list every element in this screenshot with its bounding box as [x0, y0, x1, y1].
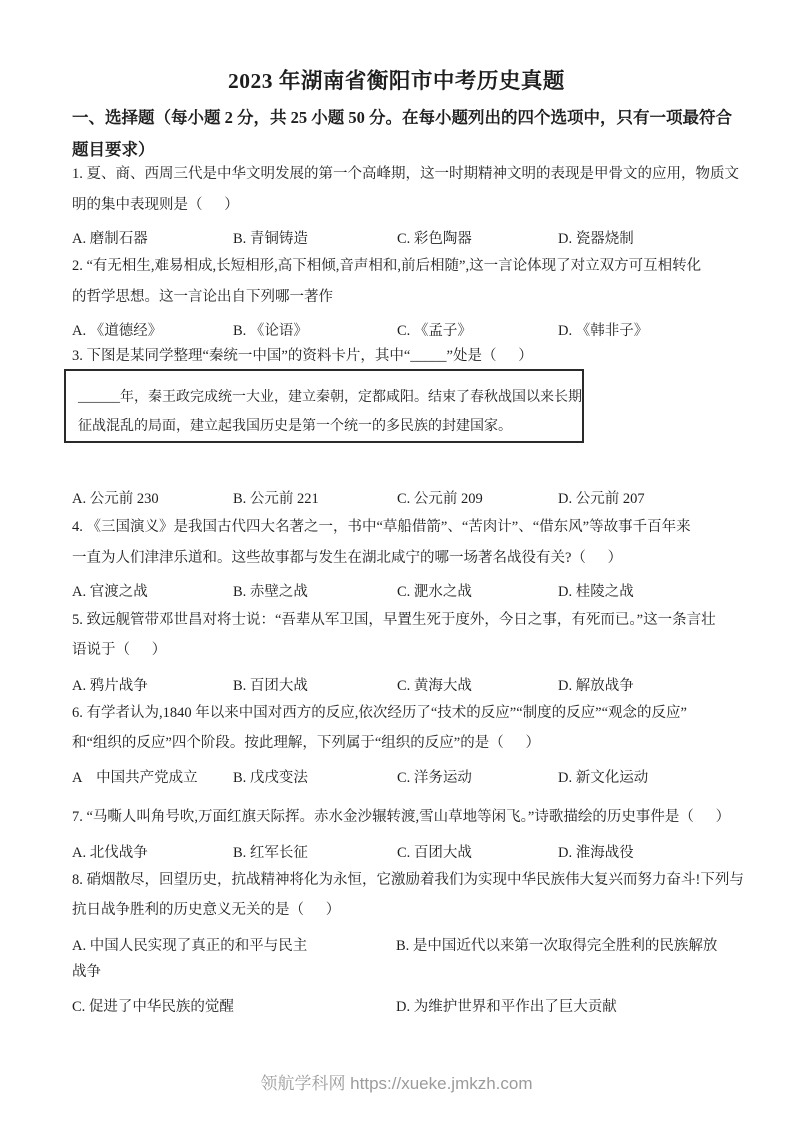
q8-text-line1: 8. 硝烟散尽，回望历史，抗战精神将化为永恒，它激励着我们为实现中华民族伟大复兴…	[72, 872, 744, 889]
q4-options-row: A. 官渡之战 B. 赤壁之战 C. 淝水之战 D. 桂陵之战	[72, 580, 732, 600]
q7-option-d: D. 淮海战役	[558, 841, 634, 862]
q6-option-d: D. 新文化运动	[558, 766, 648, 787]
q1-options-row: A. 磨制石器 B. 青铜铸造 C. 彩色陶器 D. 瓷器烧制	[72, 227, 732, 247]
q4-option-a: A. 官渡之战	[72, 580, 148, 601]
q7-text-line1: 7. “马嘶人叫角号吹,万面红旗天际挥。赤水金沙辗转渡,雪山草地等闲飞。”诗歌描…	[72, 809, 730, 826]
q2-text-line2: 的哲学思想。这一言论出自下列哪一著作	[72, 289, 333, 306]
q1-text-line1: 1. 夏、商、西周三代是中华文明发展的第一个高峰期，这一时期精神文明的表现是甲骨…	[72, 166, 739, 183]
q4-text-line1: 4. 《三国演义》是我国古代四大名著之一，书中“草船借箭”、“苦肉计”、“借东风…	[72, 519, 691, 536]
q6-option-a: A 中国共产党成立	[72, 766, 198, 787]
q3-option-c: C. 公元前 209	[397, 487, 483, 508]
q7-option-b: B. 红军长征	[233, 841, 308, 862]
page-title: 2023 年湖南省衡阳市中考历史真题	[0, 64, 793, 95]
q2-text-line1: 2. “有无相生,难易相成,长短相形,高下相倾,音声相和,前后相随”,这一言论体…	[72, 258, 701, 275]
q1-option-d: D. 瓷器烧制	[558, 227, 634, 248]
q8-option-b: B. 是中国近代以来第一次取得完全胜利的民族解放	[396, 934, 717, 955]
q7-option-a: A. 北伐战争	[72, 841, 148, 862]
q6-option-c: C. 洋务运动	[397, 766, 472, 787]
q5-text-line1: 5. 致远舰管带邓世昌对将士说：“吾辈从军卫国，早置生死于度外，今日之事，有死而…	[72, 612, 716, 629]
q1-option-a: A. 磨制石器	[72, 227, 148, 248]
q2-option-c: C. 《孟子》	[397, 319, 472, 340]
q8-options-row-ab: A. 中国人民实现了真正的和平与民主 B. 是中国近代以来第一次取得完全胜利的民…	[72, 934, 732, 954]
q3-text-line1: 3. 下图是某同学整理“秦统一中国”的资料卡片，其中“_____”处是（ ）	[72, 348, 533, 365]
q6-text-line2: 和“组织的反应”四个阶段。按此理解，下列属于“组织的反应”的是（ ）	[72, 735, 540, 752]
q5-option-c: C. 黄海大战	[397, 674, 472, 695]
q5-text-line2: 语说于（ ）	[72, 642, 166, 659]
q4-option-b: B. 赤壁之战	[233, 580, 308, 601]
q8-options-row-cd: C. 促进了中华民族的觉醒 D. 为维护世界和平作出了巨大贡献	[72, 995, 732, 1015]
q2-option-d: D. 《韩非子》	[558, 319, 648, 340]
q5-option-d: D. 解放战争	[558, 674, 634, 695]
q4-text-line2: 一直为人们津津乐道和。这些故事都与发生在湖北咸宁的哪一场著名战役有关?（ ）	[72, 550, 622, 567]
q8-option-c: C. 促进了中华民族的觉醒	[72, 995, 234, 1016]
exam-document-page: 2023 年湖南省衡阳市中考历史真题 一、选择题（每小题 2 分，共 25 小题…	[0, 0, 793, 1122]
q3-options-row: A. 公元前 230 B. 公元前 221 C. 公元前 209 D. 公元前 …	[72, 487, 732, 507]
q8-text-line2: 抗日战争胜利的历史意义无关的是（ ）	[72, 902, 340, 919]
q2-option-b: B. 《论语》	[233, 319, 308, 340]
section-heading-line1: 一、选择题（每小题 2 分，共 25 小题 50 分。在每小题列出的四个选项中，…	[72, 104, 732, 128]
q3-source-card: ______年，秦王政完成统一大业，建立秦朝，定都咸阳。结束了春秋战国以来长期 …	[64, 369, 584, 443]
q3-card-line2: 征战混乱的局面，建立起我国历史是第一个统一的多民族的封建国家。	[78, 412, 574, 441]
q7-option-c: C. 百团大战	[397, 841, 472, 862]
q2-options-row: A. 《道德经》 B. 《论语》 C. 《孟子》 D. 《韩非子》	[72, 319, 732, 339]
q4-option-c: C. 淝水之战	[397, 580, 472, 601]
q7-options-row: A. 北伐战争 B. 红军长征 C. 百团大战 D. 淮海战役	[72, 841, 732, 861]
q5-option-b: B. 百团大战	[233, 674, 308, 695]
q3-card-line1: ______年，秦王政完成统一大业，建立秦朝，定都咸阳。结束了春秋战国以来长期	[78, 383, 574, 412]
q2-option-a: A. 《道德经》	[72, 319, 162, 340]
q8-option-d: D. 为维护世界和平作出了巨大贡献	[396, 995, 617, 1016]
q6-options-row: A 中国共产党成立 B. 戊戌变法 C. 洋务运动 D. 新文化运动	[72, 766, 732, 786]
q1-text-line2: 明的集中表现则是（ ）	[72, 197, 239, 214]
q4-option-d: D. 桂陵之战	[558, 580, 634, 601]
q6-option-b: B. 戊戌变法	[233, 766, 308, 787]
q8-option-a: A. 中国人民实现了真正的和平与民主	[72, 934, 307, 955]
q3-option-b: B. 公元前 221	[233, 487, 319, 508]
watermark-footer: 领航学科网 https://xueke.jmkzh.com	[0, 1069, 793, 1094]
q8-option-b-wrap: 战争	[72, 964, 101, 981]
q6-text-line1: 6. 有学者认为,1840 年以来中国对西方的反应,依次经历了“技术的反应”“制…	[72, 705, 687, 722]
q1-option-c: C. 彩色陶器	[397, 227, 472, 248]
q3-option-d: D. 公元前 207	[558, 487, 645, 508]
q1-option-b: B. 青铜铸造	[233, 227, 308, 248]
q3-option-a: A. 公元前 230	[72, 487, 159, 508]
section-heading-line2: 题目要求）	[72, 136, 155, 160]
q5-option-a: A. 鸦片战争	[72, 674, 148, 695]
q5-options-row: A. 鸦片战争 B. 百团大战 C. 黄海大战 D. 解放战争	[72, 674, 732, 694]
